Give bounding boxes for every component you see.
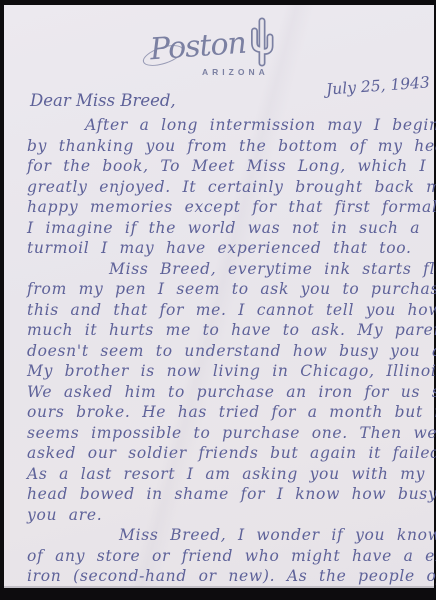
handwritten-line: happy memories except for that first for… — [27, 197, 429, 218]
handwritten-line: greatly enjoyed. It certainly brought ba… — [27, 177, 429, 198]
letter-date: July 25, 1943 — [325, 73, 430, 98]
letter-paper: Poston ARIZONA July 25, 1943 Dear Miss B… — [4, 5, 434, 588]
handwritten-line: We asked him to purchase an iron for us … — [27, 382, 429, 403]
scanned-letter-image: { "letterhead": { "name": "Poston", "sub… — [0, 0, 436, 600]
handwritten-line: of any store or friend who might have a … — [27, 546, 429, 567]
handwritten-line: this and that for me. I cannot tell you … — [27, 300, 429, 321]
handwritten-line: iron (second-hand or new). As the people… — [27, 566, 429, 587]
handwritten-line: As a last resort I am asking you with my — [27, 464, 429, 485]
handwritten-line: doesn't seem to understand how busy you … — [27, 341, 429, 362]
handwritten-line: asked our soldier friends but again it f… — [27, 443, 429, 464]
handwritten-line: much it hurts me to have to ask. My pare… — [27, 320, 429, 341]
handwritten-line: seems impossible to purchase one. Then w… — [27, 423, 429, 444]
handwritten-line: After a long intermission may I begin — [27, 115, 429, 136]
letter-body: After a long intermission may I begin by… — [27, 115, 429, 587]
saguaro-cactus-icon — [246, 13, 280, 69]
handwritten-line: Miss Breed, everytime ink starts flowing — [27, 259, 429, 280]
letterhead-wordmark: Poston — [149, 26, 247, 68]
handwritten-line: ours broke. He has tried for a month but… — [27, 402, 429, 423]
handwritten-line: turmoil I may have experienced that too. — [27, 238, 429, 259]
letterhead: Poston ARIZONA — [150, 11, 300, 83]
letter-salutation: Dear Miss Breed, — [30, 91, 176, 110]
handwritten-line: you are. — [27, 505, 429, 526]
handwritten-line: for the book, To Meet Miss Long, which I… — [27, 156, 429, 177]
handwritten-line: by thanking you from the bottom of my he… — [27, 136, 429, 157]
handwritten-line: head bowed in shame for I know how busy — [27, 484, 429, 505]
handwritten-line: I imagine if the world was not in such a — [27, 218, 429, 239]
handwritten-line: Miss Breed, I wonder if you know — [27, 525, 429, 546]
letterhead-subtitle: ARIZONA — [202, 67, 269, 77]
handwritten-line: My brother is now living in Chicago, Ill… — [27, 361, 429, 382]
handwritten-line: from my pen I seem to ask you to purchas… — [27, 279, 429, 300]
